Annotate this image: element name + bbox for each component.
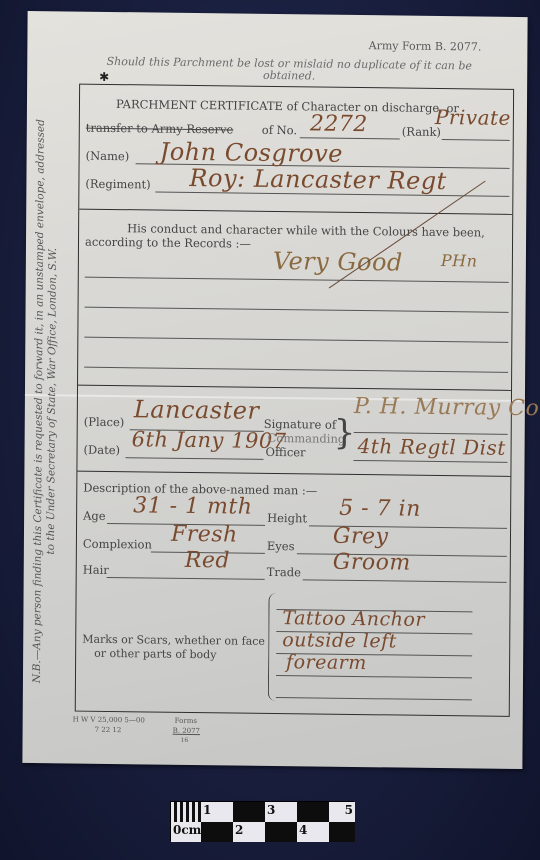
divider: [77, 471, 510, 477]
conduct-line-3: [84, 337, 508, 343]
scale-label-5: 5: [329, 802, 355, 822]
scale-label-0: 0cm: [171, 822, 201, 842]
date-line: [126, 457, 264, 460]
conduct-line-2: [85, 307, 509, 313]
place-value: Lancaster: [134, 395, 260, 425]
form-frame: PARCHMENT CERTIFICATE of Character on di…: [75, 84, 514, 717]
signature-value: P. H. Murray Col: [354, 394, 540, 421]
title-caps: PARCHMENT CERTIFICATE: [116, 97, 283, 113]
date-value: 6th Jany 1907: [132, 427, 287, 453]
name-value: John Cosgrove: [160, 138, 343, 168]
struck-transfer: transfer to Army Reserve: [86, 121, 234, 137]
brace: }: [334, 416, 356, 450]
marks-value-2: outside left: [282, 629, 397, 652]
printer-code: 7 22 12: [95, 726, 122, 734]
conduct-label-2: according to the Records :—: [85, 235, 251, 251]
marks-label-2: or other parts of body: [94, 647, 216, 661]
conduct-initials: PHn: [441, 251, 478, 270]
divider: [78, 385, 511, 391]
marks-label-1: Marks or Scars, whether on face: [82, 633, 265, 648]
scale-block: [265, 822, 297, 842]
age-label: Age: [83, 509, 106, 523]
hair-label: Hair: [83, 563, 109, 577]
signature-label: Signature of: [264, 417, 336, 432]
forms-sub: 16: [181, 737, 189, 744]
star-mark-icon: ✱: [99, 70, 109, 84]
trade-value: Groom: [333, 550, 411, 576]
hair-line: [107, 577, 265, 580]
age-value: 31 - 1 mth: [133, 493, 252, 519]
scale-block: [329, 822, 355, 842]
rank-line: [442, 139, 510, 141]
divider: [79, 209, 512, 215]
height-value: 5 - 7 in: [339, 496, 421, 522]
scale-block: [297, 802, 329, 822]
scale-ticks: [171, 802, 201, 822]
side-note: N.B.—Any person finding this Certificate…: [31, 91, 61, 711]
complexion-label: Complexion: [83, 537, 152, 552]
printer-mark: H W V 25,000 5—00: [73, 716, 145, 725]
certificate-title: PARCHMENT CERTIFICATE of Character on di…: [116, 97, 459, 115]
scale-label-1: 1: [201, 802, 233, 822]
scale-block: [201, 822, 233, 842]
forms-number: B. 2077: [173, 727, 200, 735]
form-number: Army Form B. 2077.: [369, 39, 482, 53]
scale-label-4: 4: [297, 822, 329, 842]
regiment-label: (Regiment): [85, 177, 150, 192]
rank-value: Private: [435, 105, 511, 130]
name-label: (Name): [86, 149, 130, 164]
lost-warning: Should this Parchment be lost or mislaid…: [89, 56, 489, 85]
eyes-label: Eyes: [267, 539, 295, 553]
parchment-certificate: Army Form B. 2077. Should this Parchment…: [22, 11, 527, 769]
conduct-line-4: [84, 367, 508, 373]
scale-label-3: 3: [265, 802, 297, 822]
date-label: (Date): [84, 443, 121, 457]
officer-unit-value: 4th Regtl Dist: [358, 434, 506, 460]
service-number: 2272: [310, 111, 368, 137]
number-label: of No.: [262, 123, 297, 137]
scale-label-2: 2: [233, 822, 265, 842]
marks-value-1: Tattoo Anchor: [282, 607, 425, 631]
hair-value: Red: [185, 548, 230, 574]
marks-line-4: [276, 675, 472, 678]
eyes-value: Grey: [333, 524, 389, 550]
officer-label: Officer: [266, 445, 306, 459]
officer-line: [354, 460, 508, 463]
scale-bar: 1 3 5 0cm 2 4: [170, 801, 354, 841]
place-label: (Place): [84, 415, 125, 429]
marks-value-3: forearm: [286, 651, 367, 674]
trade-label: Trade: [267, 565, 301, 579]
marks-line-5: [276, 697, 472, 700]
conduct-line-1: [85, 277, 509, 283]
complexion-value: Fresh: [171, 522, 238, 548]
height-label: Height: [267, 511, 307, 525]
trade-line: [303, 579, 507, 582]
forms-label: Forms: [175, 717, 197, 725]
regiment-value: Roy: Lancaster Regt: [189, 164, 446, 195]
scale-block: [233, 802, 265, 822]
